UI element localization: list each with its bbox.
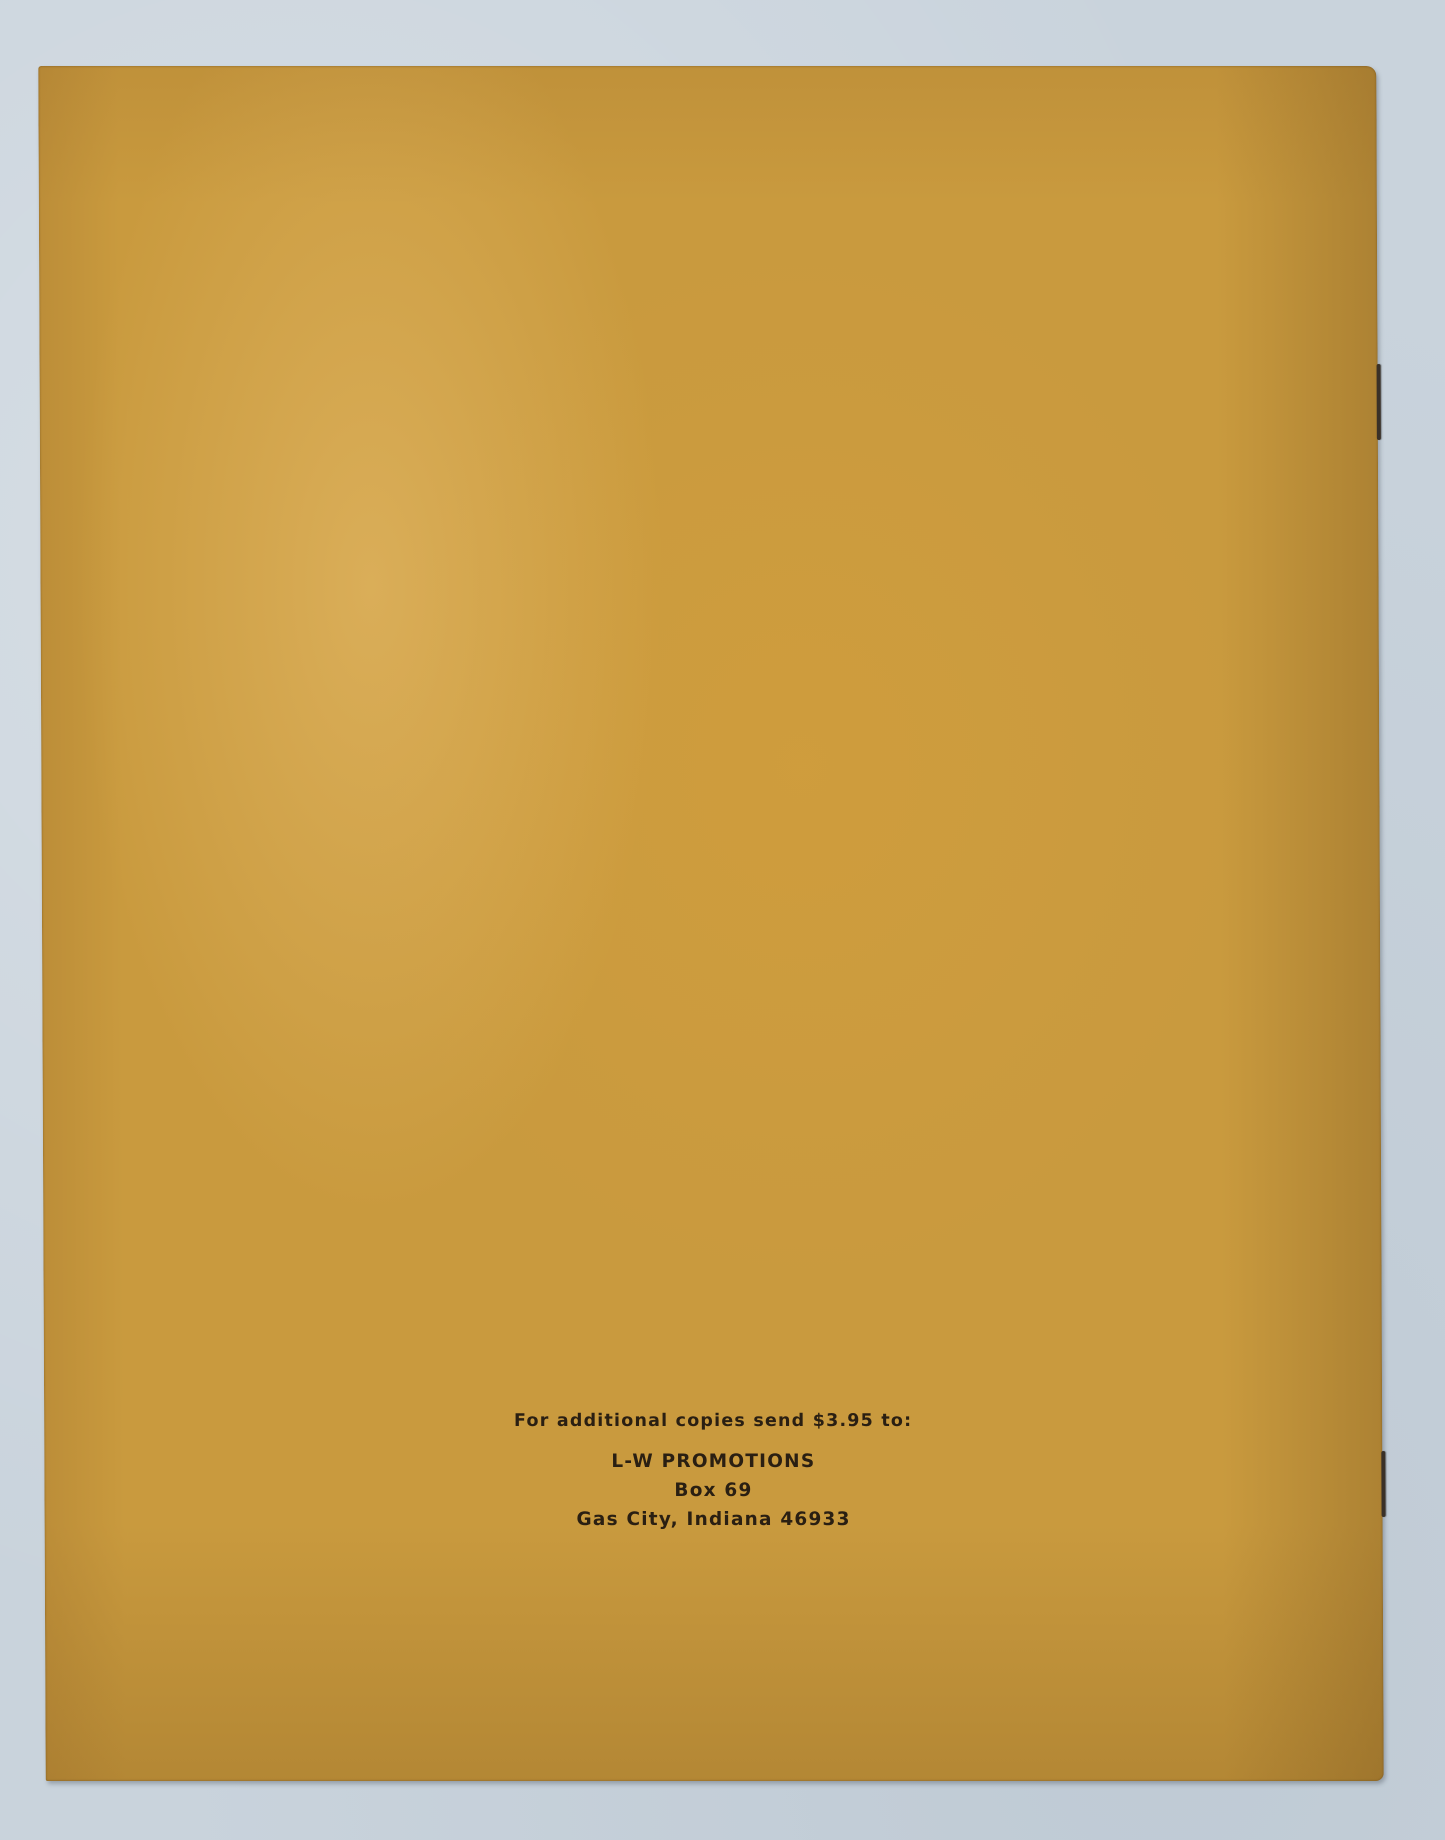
address-box: Box 69	[44, 1476, 1382, 1505]
publisher-name: L-W PROMOTIONS	[44, 1447, 1382, 1476]
address-city-state-zip: Gas City, Indiana 46933	[45, 1505, 1383, 1534]
staple-top	[1377, 364, 1381, 440]
order-instructions: For additional copies send $3.95 to:	[44, 1411, 1382, 1431]
booklet-back-cover: For additional copies send $3.95 to: L-W…	[38, 66, 1383, 1781]
ordering-imprint: For additional copies send $3.95 to: L-W…	[44, 1411, 1383, 1534]
